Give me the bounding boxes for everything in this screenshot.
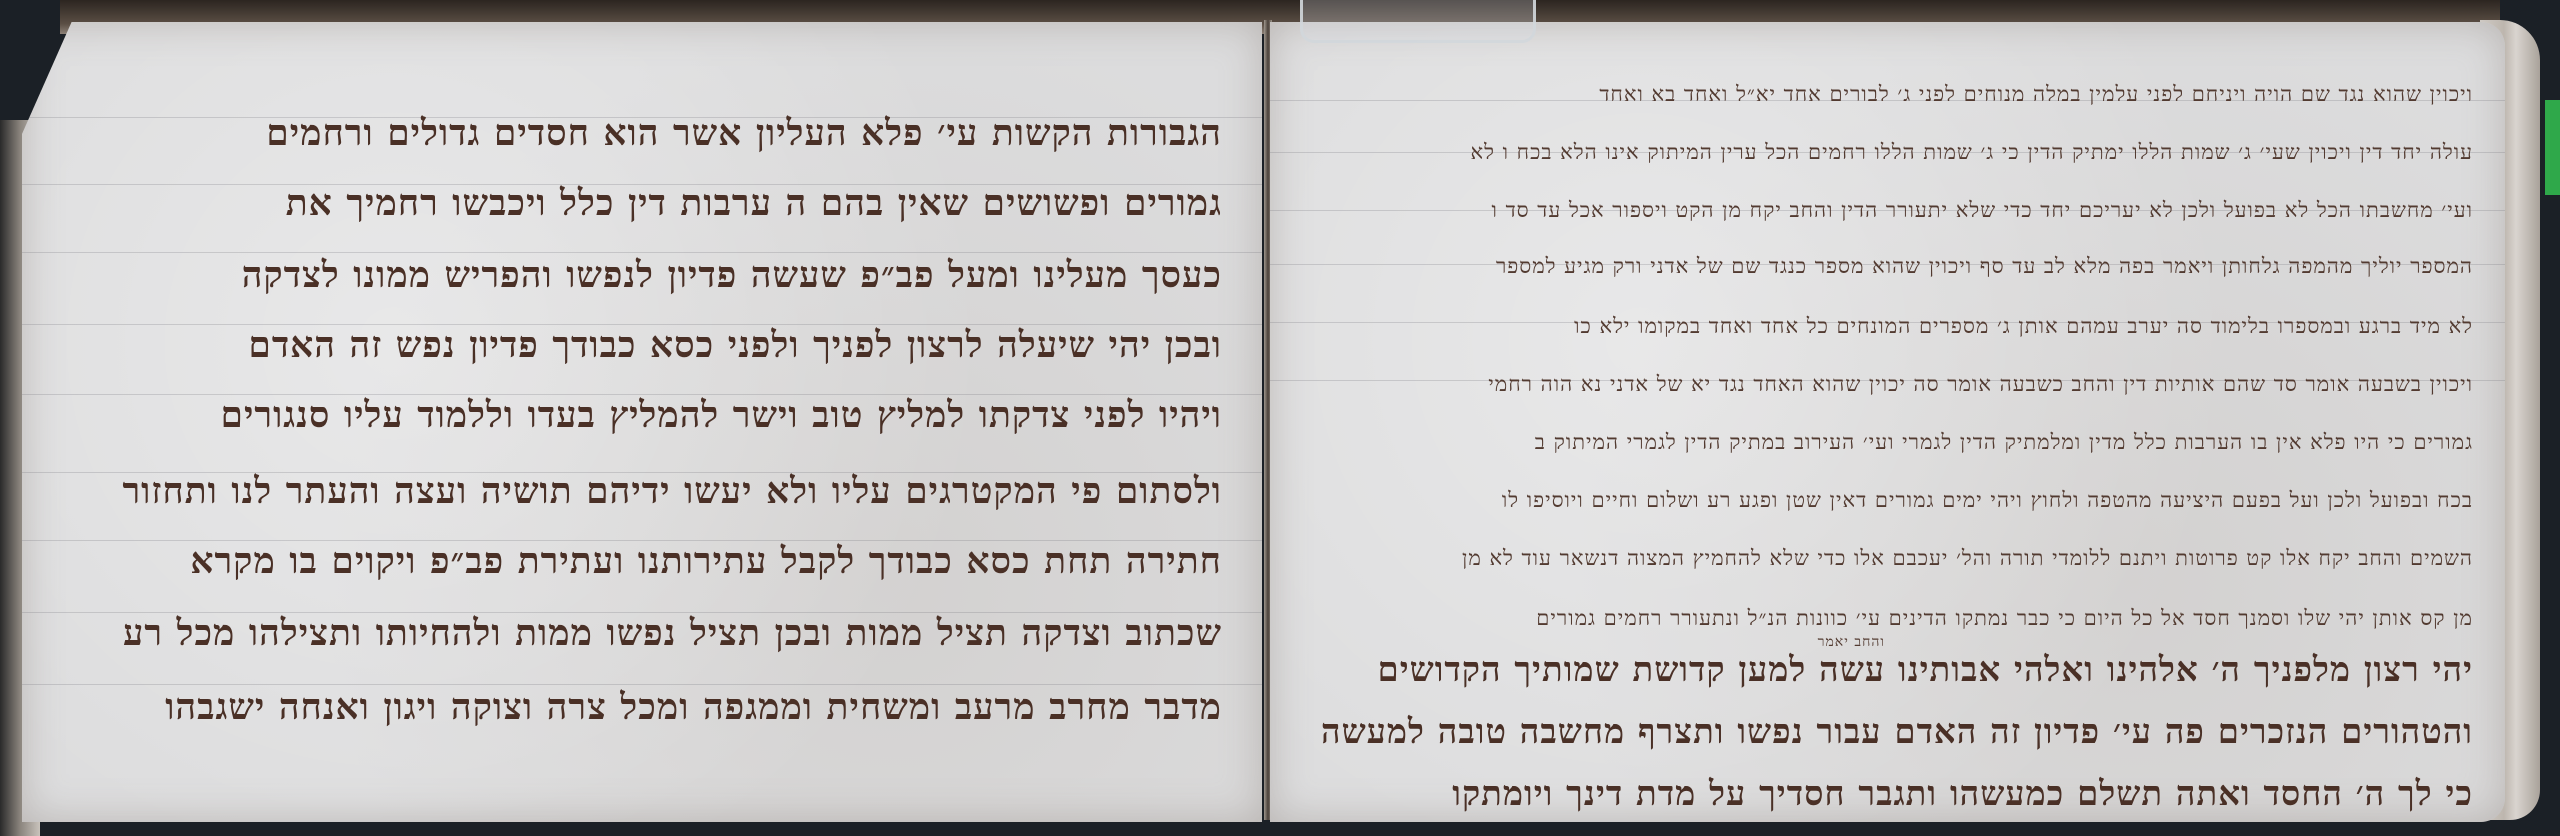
right-line-9: השמים והחב יקח אלו קט פרוטות ויתנם ללומד… bbox=[1462, 546, 2473, 571]
right-line-7: גמורים כי היו פלא אין בו הערבות כלל מדין… bbox=[1535, 430, 2473, 455]
left-line-9: מדבר מחרב מרעב ומשחית וממגפה ומכל צרה וצ… bbox=[165, 686, 1222, 728]
left-page: הגבורות הקשות עי׳ פלא העליון אשר הוא חסד… bbox=[22, 22, 1262, 822]
left-line-1: הגבורות הקשות עי׳ פלא העליון אשר הוא חסד… bbox=[266, 112, 1222, 154]
right-line-13: כי לך ה׳ החסד ואתה תשלם כמעשהו ותגבר חסד… bbox=[1452, 774, 2473, 814]
right-line-11: יהי רצון מלפניך ה׳ אלהינו ואלהי אבותינו … bbox=[1378, 650, 2473, 690]
left-line-6: ולסתום פי המקטרגים עליו ולא יעשו ידיהם ת… bbox=[122, 470, 1222, 512]
right-line-3: ועי׳ מחשבתו הכל לא בפועל ולכן לא יעריכם … bbox=[1492, 198, 2473, 223]
clear-plastic-clip bbox=[1300, 0, 1536, 43]
right-line-2: עולה יחד דין ויכוין שעי׳ ג׳ שמות הללו ימ… bbox=[1471, 140, 2473, 165]
right-page: ויכוין שהוא נגד שם הויה ויניחם לפני עלמי… bbox=[1270, 22, 2505, 822]
manuscript-spread: הגבורות הקשות עי׳ פלא העליון אשר הוא חסד… bbox=[0, 0, 2560, 836]
left-line-8: שכתוב וצדקה תציל ממות ובכן תציל נפשו ממו… bbox=[123, 612, 1222, 654]
left-line-3: כעסך מעלינו ומעל פב״פ שעשה פדיון לנפשו ו… bbox=[242, 254, 1222, 296]
interlinear-note: והחב יאמר bbox=[1818, 634, 1885, 651]
right-line-8: בכח ובפועל ולכן ועל בפעם היציעה מהטפה ול… bbox=[1502, 488, 2473, 513]
right-line-5: לא מיד ברגע ובמספרו בלימוד סה יערב עמהם … bbox=[1574, 314, 2473, 339]
right-line-12: והטהורים הנזכרים פה עי׳ פדיון זה האדם עב… bbox=[1321, 712, 2473, 752]
right-line-4: המספר יוליך מהמפה גלחותן ויאמר בפה מלא ל… bbox=[1496, 254, 2473, 279]
left-line-7: חתירה תחת כסא כבודך לקבל עתירותנו ועתירת… bbox=[190, 540, 1222, 582]
left-line-2: גמורים ופשושים שאין בהם ה ערבות דין כלל … bbox=[286, 182, 1222, 224]
left-line-4: ובכן יהי שיעלה לרצון לפניך ולפני כסא כבו… bbox=[248, 324, 1222, 366]
left-line-5: ויהיו לפני צדקתו למליץ טוב וישר להמליץ ב… bbox=[220, 394, 1222, 436]
green-tab-marker bbox=[2545, 100, 2560, 195]
right-line-1: ויכוין שהוא נגד שם הויה ויניחם לפני עלמי… bbox=[1599, 82, 2473, 107]
right-line-6: ויכוין בשבעה אומר סד שהם אותיות דין והחב… bbox=[1488, 372, 2473, 397]
right-line-10: מן קס אותן יהי שלו וסמנך חסד אל כל היום … bbox=[1536, 606, 2473, 631]
